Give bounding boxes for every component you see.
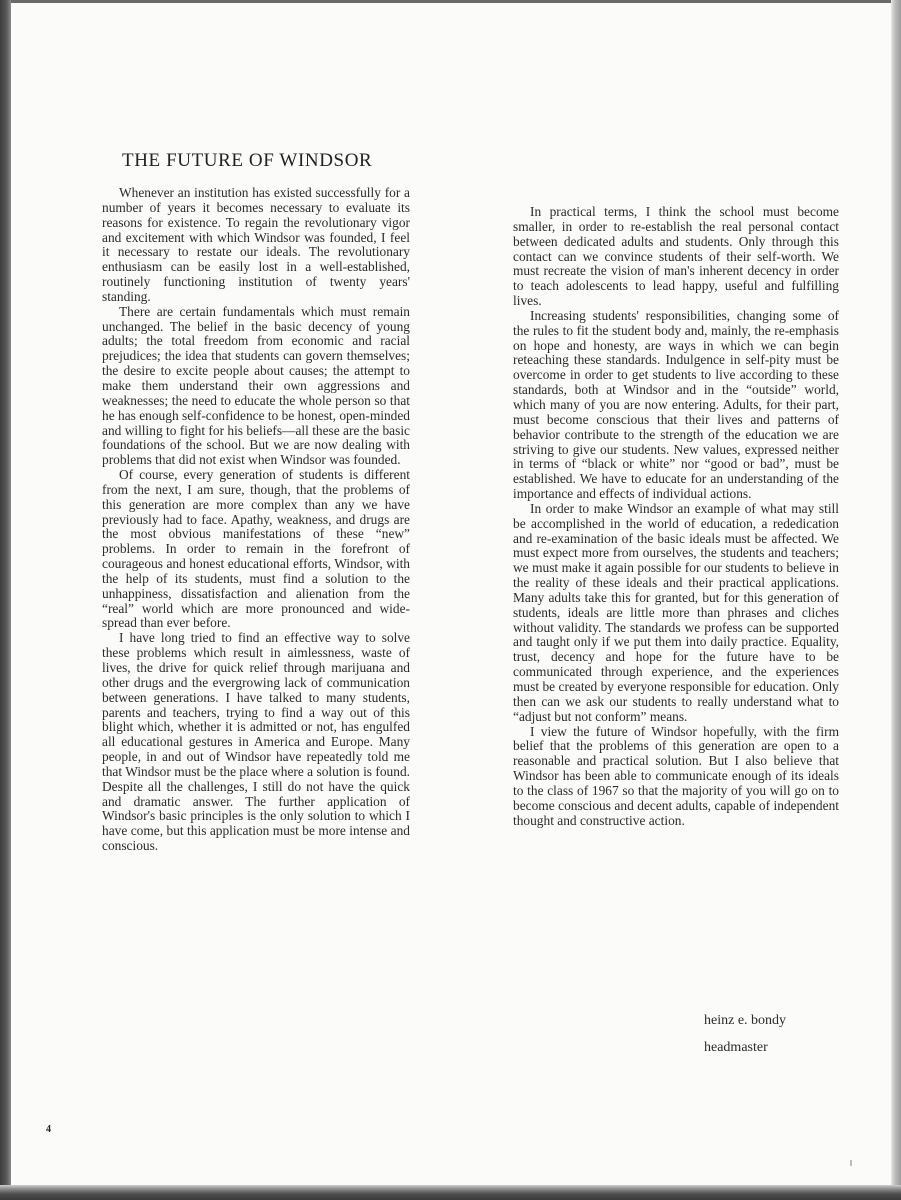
page-title: THE FUTURE OF WINDSOR (122, 150, 372, 172)
scan-speck (850, 1160, 852, 1166)
left-column: Whenever an institution has existed succ… (102, 186, 410, 854)
paragraph: In practical terms, I think the school m… (513, 205, 839, 309)
paragraph: In order to make Windsor an example of w… (513, 502, 839, 725)
scan-edge-bottom (0, 1185, 901, 1200)
signature-name: heinz e. bondy (704, 1013, 786, 1029)
paragraph: I have long tried to find an effective w… (102, 631, 410, 854)
paragraph: There are certain fundamentals which mus… (102, 305, 410, 468)
right-column: In practical terms, I think the school m… (513, 205, 839, 828)
scan-edge-top (11, 0, 901, 3)
page-number: 4 (46, 1124, 51, 1135)
scan-edge-right (891, 0, 901, 1200)
paragraph: Whenever an institution has existed succ… (102, 186, 410, 305)
signature-title: headmaster (704, 1040, 768, 1056)
scan-edge-left (0, 0, 11, 1200)
paragraph: Of course, every generation of students … (102, 468, 410, 631)
paragraph: I view the future of Windsor hopefully, … (513, 725, 839, 829)
paragraph: Increasing students' responsibilities, c… (513, 309, 839, 502)
